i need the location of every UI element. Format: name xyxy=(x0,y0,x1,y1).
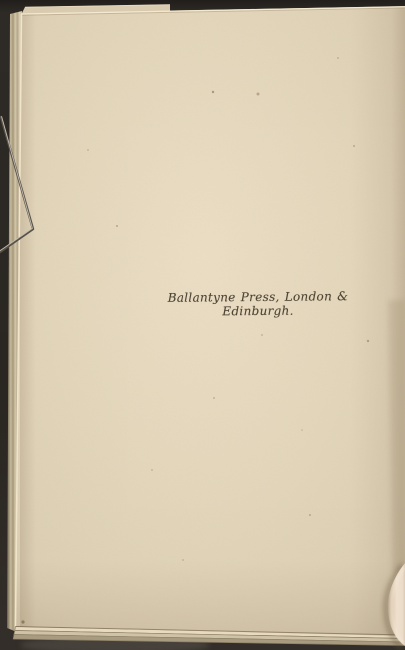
colophon-text: Ballantyne Press, London & Edinburgh. xyxy=(149,289,367,320)
paper-grain-texture xyxy=(0,0,405,650)
book-page-illustration xyxy=(0,0,405,650)
book-scan-photo: Ballantyne Press, London & Edinburgh. xyxy=(0,0,405,650)
page-shading xyxy=(0,0,405,650)
